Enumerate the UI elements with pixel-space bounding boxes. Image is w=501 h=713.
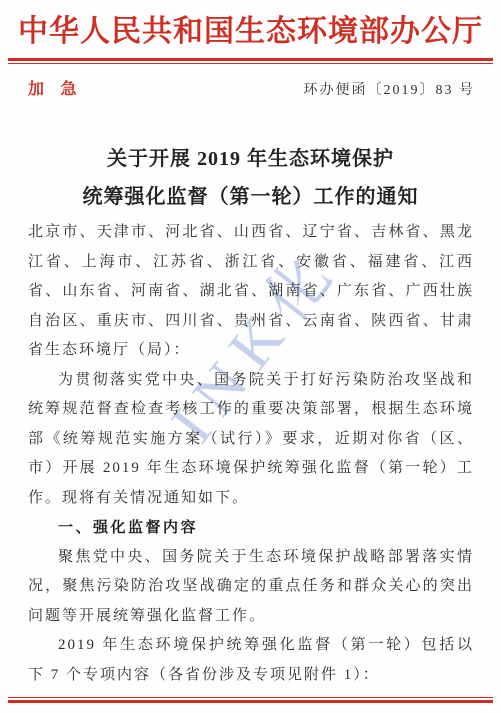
body-paragraph-3: 2019 年生态环境保护统筹强化监督（第一轮）包括以下 7 个专项内容（各省份涉…	[28, 631, 474, 690]
masthead-divider-thick-line	[8, 58, 493, 61]
body-paragraph-2: 聚焦党中央、国务院关于生态环境保护战略部署落实情况，聚焦污染防治攻坚战确定的重点…	[28, 543, 474, 632]
masthead-title: 中华人民共和国生态环境部办公厅	[0, 6, 501, 50]
section-heading-1: 一、强化监督内容	[28, 513, 474, 543]
document-title-line-1: 关于开展 2019 年生态环境保护	[0, 140, 501, 178]
masthead-divider	[8, 58, 493, 64]
doc-number: 环办便函〔2019〕83 号	[304, 79, 476, 99]
document-meta-row: 加 急 环办便函〔2019〕83 号	[28, 76, 475, 99]
document-title: 关于开展 2019 年生态环境保护 统筹强化监督（第一轮）工作的通知	[0, 140, 501, 216]
masthead-divider-thin-line	[8, 63, 493, 64]
document-body: 北京市、天津市、河北省、山西省、辽宁省、吉林省、黑龙江省、上海市、江苏省、浙江省…	[28, 218, 474, 690]
body-paragraph-1: 为贯彻落实党中央、国务院关于打好污染防治攻坚战和统筹规范督查检查考核工作的重要决…	[28, 366, 474, 514]
footer-divider-thin-line	[8, 697, 493, 698]
footer-divider-thick-line	[8, 700, 493, 703]
footer-divider	[8, 697, 493, 703]
document-page: INK化 中华人民共和国生态环境部办公厅 加 急 环办便函〔2019〕83 号 …	[0, 0, 501, 713]
document-title-line-2: 统筹强化监督（第一轮）工作的通知	[0, 178, 501, 216]
recipients-paragraph: 北京市、天津市、河北省、山西省、辽宁省、吉林省、黑龙江省、上海市、江苏省、浙江省…	[28, 218, 474, 366]
urgency-label: 加 急	[28, 76, 82, 99]
